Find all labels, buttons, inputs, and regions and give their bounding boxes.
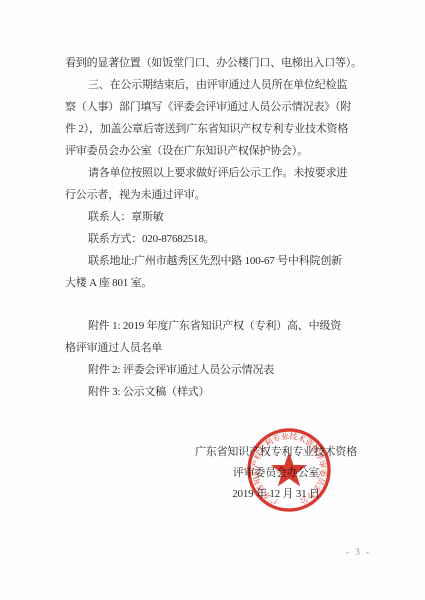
body-line: 附件 1: 2019 年度广东省知识产权（专利）高、中级资: [65, 315, 365, 337]
body-line: 请各单位按照以上要求做好评后公示工作。未按要求进: [65, 162, 365, 184]
body-line: 看到的显著位置（如饭堂门口、办公楼门口、电梯出入口等）。: [65, 52, 365, 74]
body-line: 大楼 A 座 801 室。: [65, 272, 365, 294]
seal-ring-text: 广东省知识产权专利专业技术资格评审委员会办公室: [234, 415, 328, 506]
body-line: 察（人事）部门填写《评委会评审通过人员公示情况表》（附: [65, 96, 365, 118]
body-line: 格评审通过人员名单: [65, 337, 365, 359]
body-line: 联系地址:广州市越秀区先烈中路 100-67 号中科院创新: [65, 250, 365, 272]
body-line: 三、在公示期结束后，由评审通过人员所在单位纪检监: [65, 74, 365, 96]
body-line: 评审委员会办公室（设在广东知识产权保护协会）。: [65, 140, 365, 162]
body-line: 联系方式：020-87682518。: [65, 228, 365, 250]
official-seal: 广东省知识产权专利专业技术资格评审委员会办公室: [234, 415, 344, 525]
page-number: - 3 -: [346, 547, 371, 557]
body-line: 附件 3: 公示文稿（样式）: [65, 381, 365, 403]
body-paragraphs: 看到的显著位置（如饭堂门口、办公楼门口、电梯出入口等）。三、在公示期结束后，由评…: [65, 52, 365, 294]
body-line: 件 2），加盖公章后寄送到广东省知识产权专利专业技术资格: [65, 118, 365, 140]
seal-star-icon: [271, 452, 307, 486]
body-line: 附件 2: 评委会评审通过人员公示情况表: [65, 359, 365, 381]
body-line: 联系人：章斯敏: [65, 206, 365, 228]
attachments-list: 附件 1: 2019 年度广东省知识产权（专利）高、中级资格评审通过人员名单附件…: [65, 315, 365, 403]
body-line: 行公示者，视为未通过评审。: [65, 184, 365, 206]
document-body: 看到的显著位置（如饭堂门口、办公楼门口、电梯出入口等）。三、在公示期结束后，由评…: [65, 52, 365, 403]
document-page: 看到的显著位置（如饭堂门口、办公楼门口、电梯出入口等）。三、在公示期结束后，由评…: [0, 0, 425, 600]
